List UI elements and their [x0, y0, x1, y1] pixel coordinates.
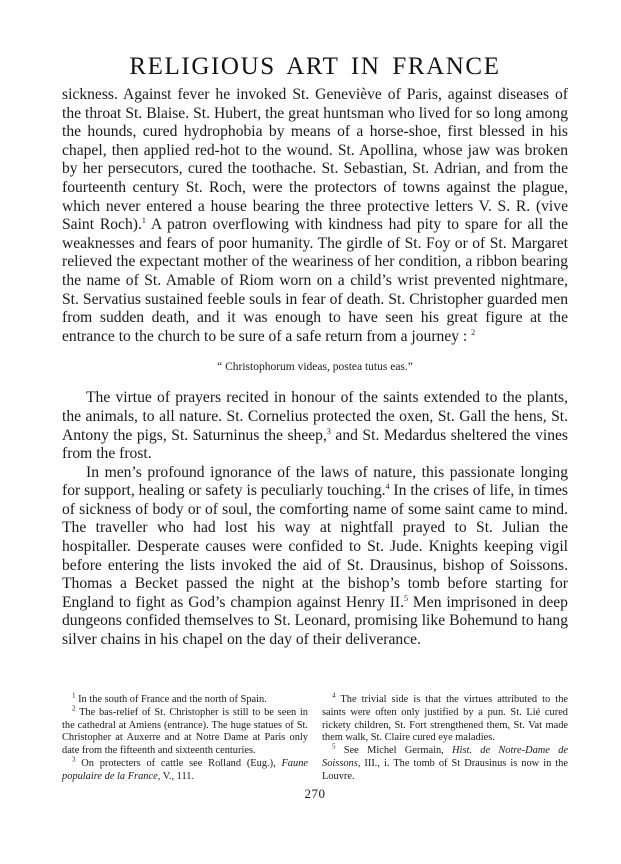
page-number: 270 — [62, 786, 568, 802]
footnote-text: The bas-relief of St. Christopher is sti… — [62, 707, 308, 756]
footnote-ref-2: 2 — [471, 328, 475, 337]
footnote-text: In the south of France and the north of … — [76, 694, 267, 705]
book-page: RELIGIOUS ART IN FRANCE sickness. Agains… — [62, 0, 568, 864]
footnote-5: 5 See Michel Germain, Hist. de Notre-Dam… — [322, 745, 568, 783]
footnote-3: 3 On protecters of cattle see Rolland (E… — [62, 758, 308, 784]
footnote-2: 2 The bas-relief of St. Christopher is s… — [62, 707, 308, 758]
paragraph-text: A patron overflowing with kindness had p… — [62, 216, 568, 345]
paragraph-1: sickness. Against fever he invoked St. G… — [62, 86, 568, 346]
footnote-1: 1 In the south of France and the north o… — [62, 694, 308, 707]
footnotes-left-column: 1 In the south of France and the north o… — [62, 694, 308, 784]
footnote-text: See Michel Germain, — [336, 745, 453, 756]
paragraph-text: sickness. Against fever he invoked St. G… — [62, 86, 568, 233]
footnote-text: , V., 111. — [158, 771, 194, 782]
footnote-text: The trivial side is that the virtues att… — [322, 694, 568, 743]
running-head: RELIGIOUS ART IN FRANCE — [62, 52, 568, 82]
footnote-text: On protecters of cattle see Rolland (Eug… — [76, 758, 282, 769]
paragraph-text: In the crises of life, in times of sickn… — [62, 482, 568, 611]
body-text: sickness. Against fever he invoked St. G… — [62, 86, 568, 650]
footnote-text: , III., i. The tomb of St Drausinus is n… — [322, 758, 568, 782]
footnotes-right-column: 4 The trivial side is that the virtues a… — [322, 694, 568, 784]
footnotes: 1 In the south of France and the north o… — [62, 694, 568, 784]
latin-quote: “ Christophorum videas, postea tutus eas… — [62, 360, 568, 374]
footnote-4: 4 The trivial side is that the virtues a… — [322, 694, 568, 745]
paragraph-2: The virtue of prayers recited in honour … — [62, 389, 568, 463]
paragraph-3: In men’s profound ignorance of the laws … — [62, 464, 568, 650]
